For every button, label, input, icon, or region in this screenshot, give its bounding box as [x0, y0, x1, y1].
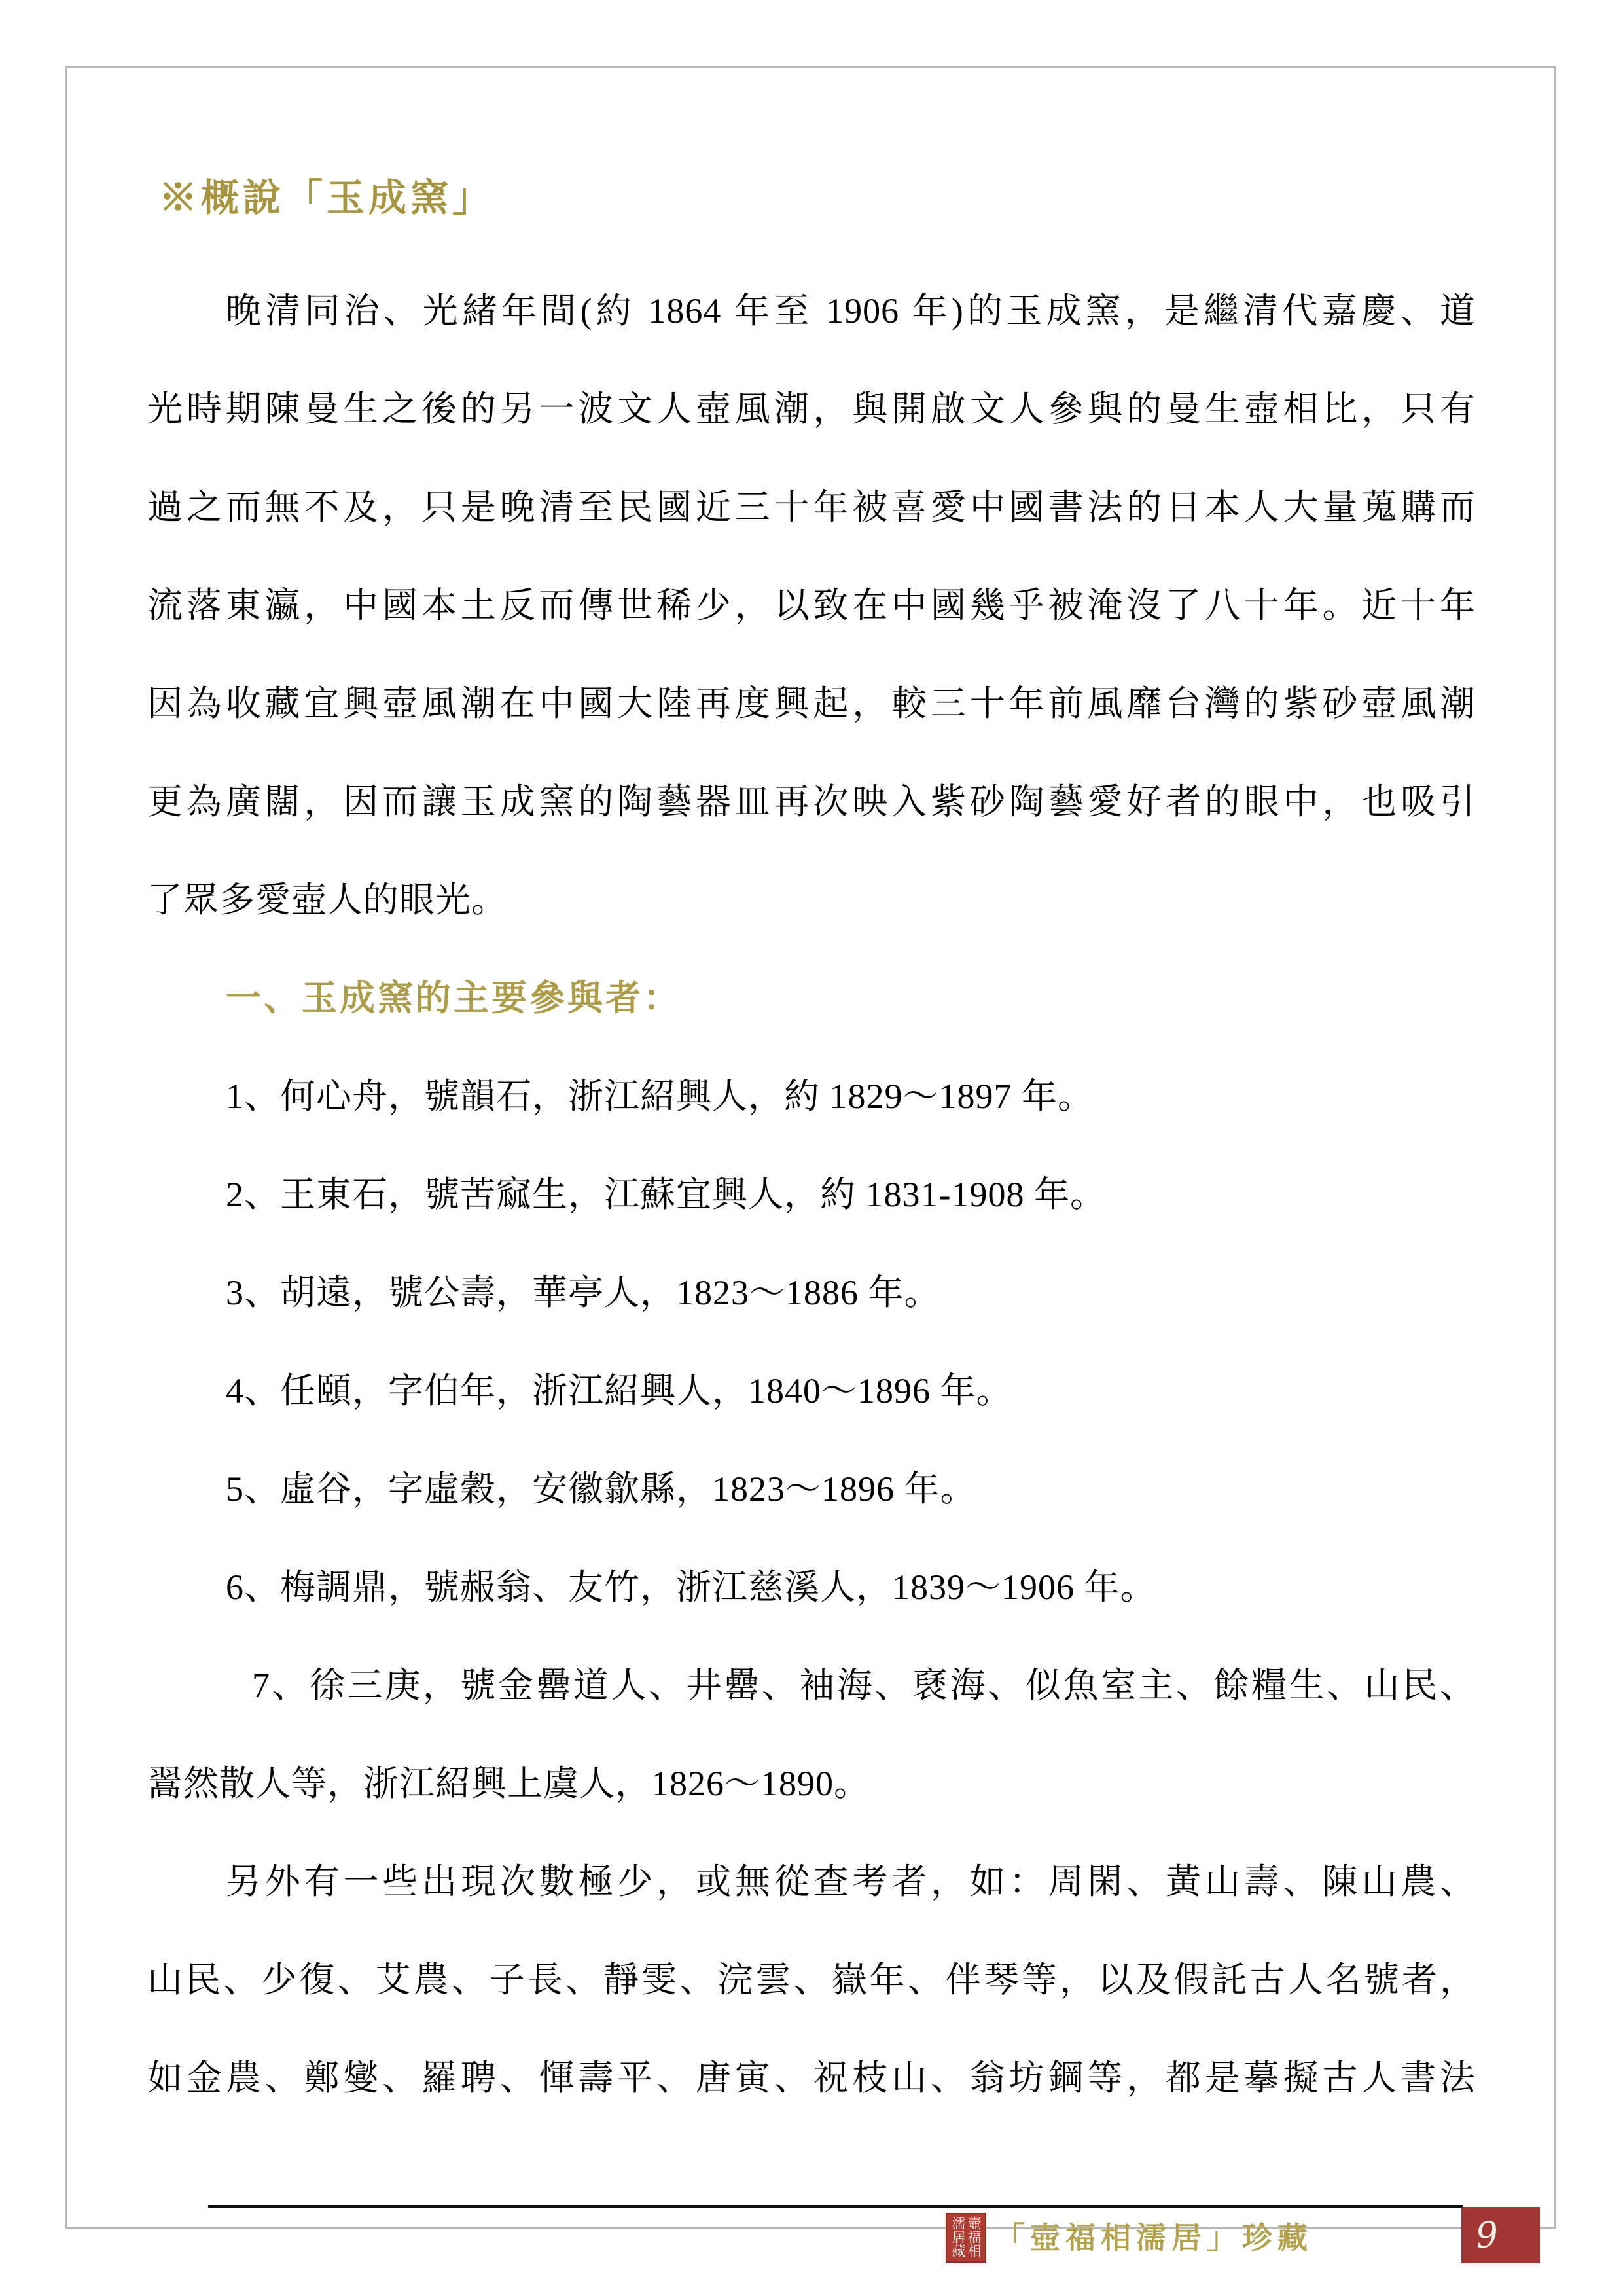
body-text-block: 晚清同治、光緒年間(約 1864 年至 1906 年)的玉成窯，是繼清代嘉慶、道…: [147, 262, 1476, 2127]
text-line: 因為收藏宜興壺風潮在中國大陸再度興起，較三十年前風靡台灣的紫砂壺風潮: [147, 655, 1476, 753]
text-line: 7、徐三庚，號金罍道人、井罍、袖海、褎海、似魚室主、餘糧生、山民、: [147, 1636, 1476, 1734]
page-number: 9: [1460, 2214, 1500, 2257]
text-line: 更為廣闊，因而讓玉成窯的陶藝器皿再次映入紫砂陶藝愛好者的眼中，也吸引: [147, 753, 1476, 851]
text-line: 2、王東石，號苦窳生，江蘇宜興人，約 1831-1908 年。: [147, 1145, 1476, 1244]
text-line: 4、任頤，字伯年，浙江紹興人，1840～1896 年。: [147, 1342, 1476, 1440]
page-title: ※概說「玉成窯」: [159, 167, 494, 222]
collection-seal-stamp: 壺福相濡居藏: [946, 2213, 986, 2263]
text-line: 如金農、鄭燮、羅聘、惲壽平、唐寅、祝枝山、翁坊鋼等，都是摹擬古人書法: [147, 2029, 1476, 2127]
footer-divider: [208, 2205, 1463, 2208]
seal-text: 壺福相濡居藏: [950, 2216, 982, 2259]
text-line: 5、虛谷，字虛穀，安徽歙縣，1823～1896 年。: [147, 1440, 1476, 1538]
text-line: 一、玉成窯的主要參與者：: [147, 949, 1476, 1047]
text-line: 山民、少復、艾農、子長、靜雯、浣雲、嶽年、伴琴等，以及假託古人名號者，: [147, 1931, 1476, 2029]
text-line: 光時期陳曼生之後的另一波文人壺風潮，與開啟文人參與的曼生壺相比，只有: [147, 360, 1476, 458]
text-line: 另外有一些出現次數極少，或無從查考者，如：周閑、黃山壽、陳山農、: [147, 1833, 1476, 1931]
text-line: 過之而無不及，只是晚清至民國近三十年被喜愛中國書法的日本人大量蒐購而: [147, 458, 1476, 556]
document-page: ※概說「玉成窯」 晚清同治、光緒年間(約 1864 年至 1906 年)的玉成窯…: [0, 0, 1623, 2296]
text-line: 翯然散人等，浙江紹興上虞人，1826～1890。: [147, 1734, 1476, 1833]
text-line: 1、何心舟，號韻石，浙江紹興人，約 1829～1897 年。: [147, 1047, 1476, 1145]
page-number-box: 9: [1461, 2207, 1540, 2263]
text-line: 3、胡遠，號公壽，華亭人，1823～1886 年。: [147, 1244, 1476, 1342]
text-line: 晚清同治、光緒年間(約 1864 年至 1906 年)的玉成窯，是繼清代嘉慶、道: [147, 262, 1476, 360]
text-line: 6、梅調鼎，號赧翁、友竹，浙江慈溪人，1839～1906 年。: [147, 1538, 1476, 1636]
footer-collection-label: 「壺福相濡居」珍藏: [995, 2215, 1313, 2262]
text-line: 了眾多愛壺人的眼光。: [147, 851, 1476, 949]
text-line: 流落東瀛，中國本土反而傳世稀少，以致在中國幾乎被淹沒了八十年。近十年: [147, 556, 1476, 655]
